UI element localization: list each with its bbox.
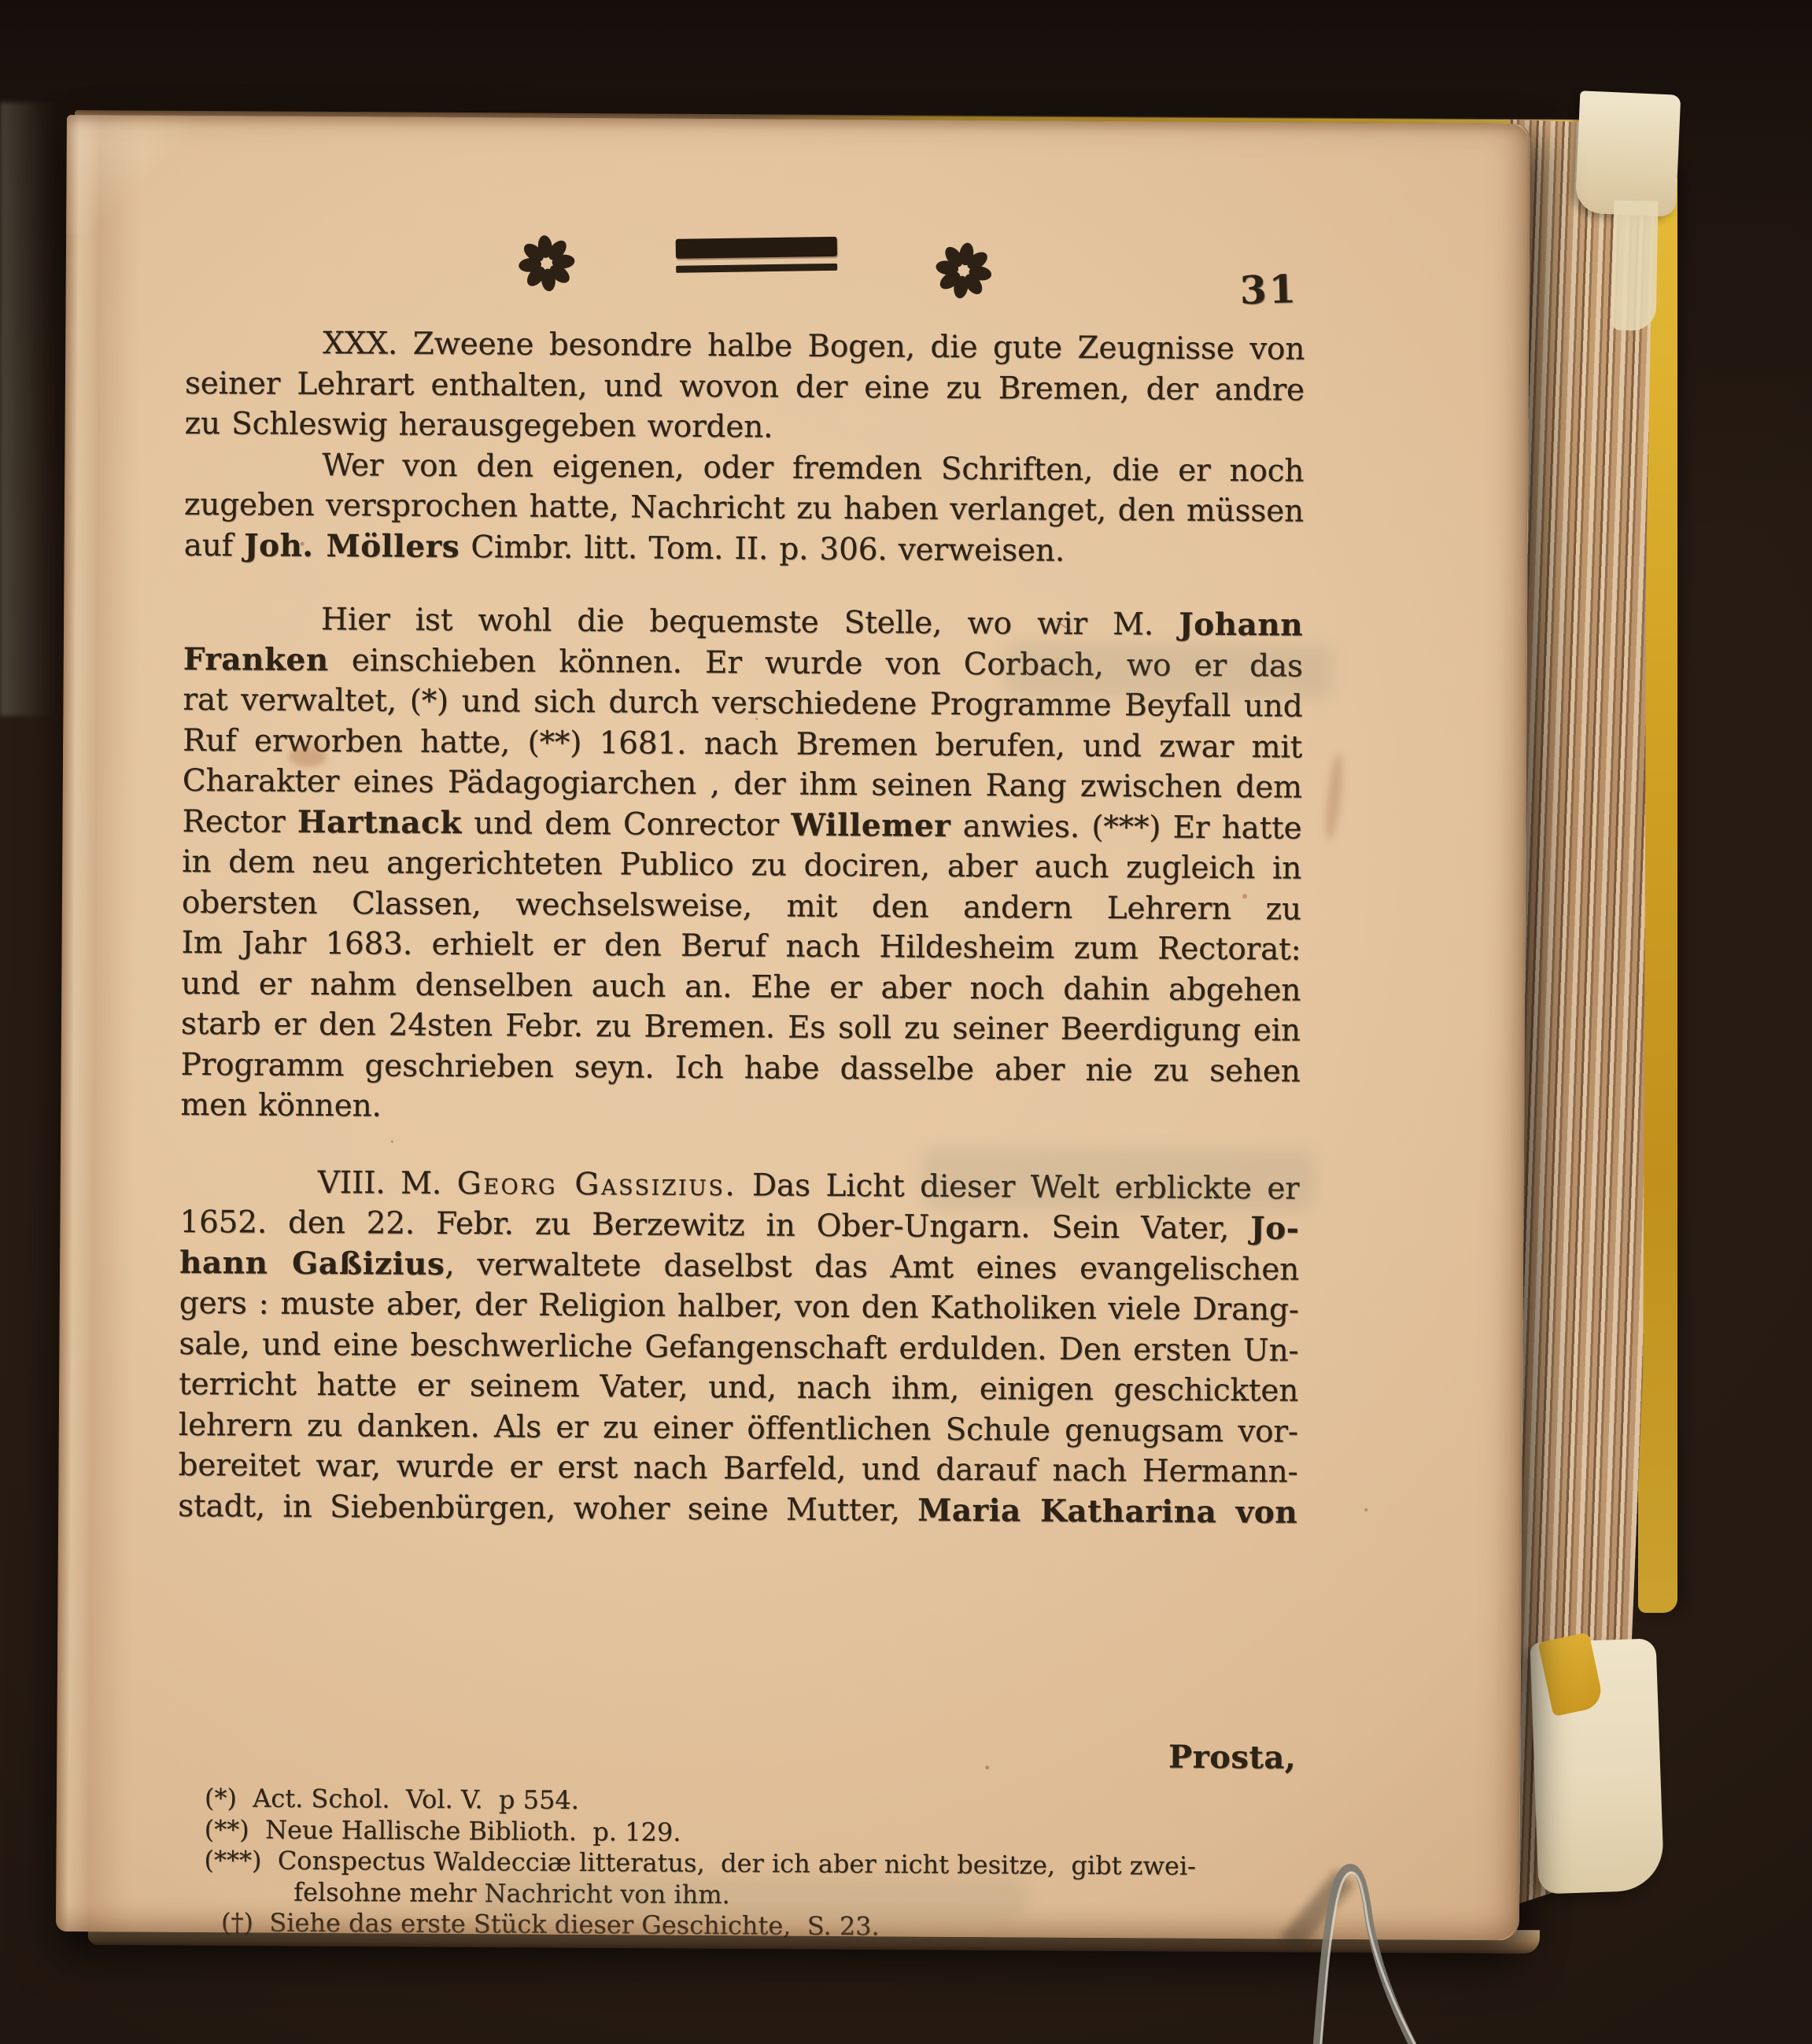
endpaper-corner-top [1575,90,1681,216]
cover-fragment-yellow [1538,1632,1605,1717]
text-line: und er nahm denselben auch an. Ehe er ab… [181,963,1301,1010]
double-rule-ornament [676,237,838,273]
rule-thick-bar [676,237,837,259]
footnotes: (*) Act. Schol. Vol. V. p 554.(**) Neue … [175,1783,1325,1945]
emphasized-name: hann Gaßizius [179,1244,445,1282]
text-line: VIII. M. Georg Gassizius. Das Licht dies… [180,1161,1300,1208]
emphasized-name: Joh. Möllers [244,527,459,565]
endpaper-corner-bottom [1530,1638,1664,1894]
text-line: Hier ist wohl die bequemste Stelle, wo w… [183,599,1303,646]
paragraph: VIII. M. Georg Gassizius. Das Licht dies… [178,1161,1300,1533]
endpaper-edge-right [1612,201,1659,331]
paragraph: XXX. Zweene besondre halbe Bogen, die gu… [184,323,1305,451]
text-line: Im Jahr 1683. erhielt er den Beruf nach … [181,923,1301,970]
text-line: hann Gaßizius, verwaltete daselbst das A… [179,1242,1299,1289]
emphasized-name: Willemer [791,806,950,843]
text-line: rat verwaltet, (*) und sich durch versch… [183,680,1302,727]
text-line: auf Joh. Möllers Cimbr. litt. Tom. II. p… [184,525,1304,572]
text-line: terricht hatte er seinem Vater, und, nac… [179,1364,1298,1411]
body-text: XXX. Zweene besondre halbe Bogen, die gu… [178,323,1305,1533]
text-line: Wer von den eigenen, oder fremden Schrif… [184,444,1304,491]
text-line: Franken einschieben können. Er wurde von… [183,639,1303,686]
text-line: Programm geschrieben seyn. Ich habe dass… [180,1044,1300,1091]
paragraph: Hier ist wohl die bequemste Stelle, wo w… [180,599,1303,1132]
paper-stain [1323,752,1345,841]
page-corner-fold [66,116,193,234]
text-line: stadt, in Siebenbürgen, woher seine Mutt… [178,1485,1297,1533]
emphasized-name: Prosta, [1168,1739,1296,1777]
printer-flower-icon [515,231,578,296]
text-line: zu Schleswig herausgegeben worden. [184,404,1304,451]
page-holder-clip[interactable] [1251,1810,1463,2044]
text-line: sale, und eine beschwerliche Gefangensch… [179,1323,1298,1371]
text-line: obersten Classen, wechselsweise, mit den… [182,882,1301,929]
text-line: starb er den 24sten Febr. zu Bremen. Es … [181,1004,1301,1051]
text-line: men können. [180,1085,1300,1132]
text-line: lehrern zu danken. Als er zu einer öffen… [179,1404,1298,1452]
page-number: 31 [1239,265,1335,313]
text-line: seiner Lehrart enthalten, und wovon der … [185,363,1305,410]
catchword: Prosta, [176,1732,1296,1777]
book-page[interactable]: 31 XXX. Zweene besondre halbe Bogen, die… [56,115,1530,1940]
rule-thin-bar [676,264,837,273]
emphasized-name: Johann Christoph [321,607,1304,646]
emphasized-name: Jo- [1250,1210,1299,1246]
emphasized-name: Hartnack [297,803,462,840]
emphasized-name: Maria Katharina von [917,1492,1297,1530]
text-line: in dem neu angerichteten Publico zu doci… [182,842,1301,889]
text-line: bereitet war, wurde er erst nach Barfeld… [178,1445,1297,1492]
paragraph: Wer von den eigenen, oder fremden Schrif… [184,444,1305,572]
photograph-backdrop: 31 XXX. Zweene besondre halbe Bogen, die… [0,0,1812,2044]
text-line: XXX. Zweene besondre halbe Bogen, die gu… [185,323,1305,370]
paper-fleck [1364,1508,1367,1511]
emphasized-name: Franken [183,640,329,677]
text-line: zugeben versprochen hatte, Nachricht zu … [184,485,1304,532]
text-line: Charakter eines Pädagogiarchen , der ihm… [183,761,1302,808]
left-page-sliver [0,102,57,716]
smallcaps-heading: Georg Gassizius. [457,1166,737,1203]
text-line: 1652. den 22. Febr. zu Berzewitz in Ober… [179,1202,1299,1249]
clip-band [1317,1868,1412,2044]
text-line: Ruf erworben hatte, (**) 1681. nach Brem… [183,720,1302,767]
printer-flower-icon [931,237,996,305]
text-line: Rector Hartnack und dem Conrector Willem… [182,801,1301,848]
text-line: gers : muste aber, der Religion halber, … [179,1283,1299,1330]
